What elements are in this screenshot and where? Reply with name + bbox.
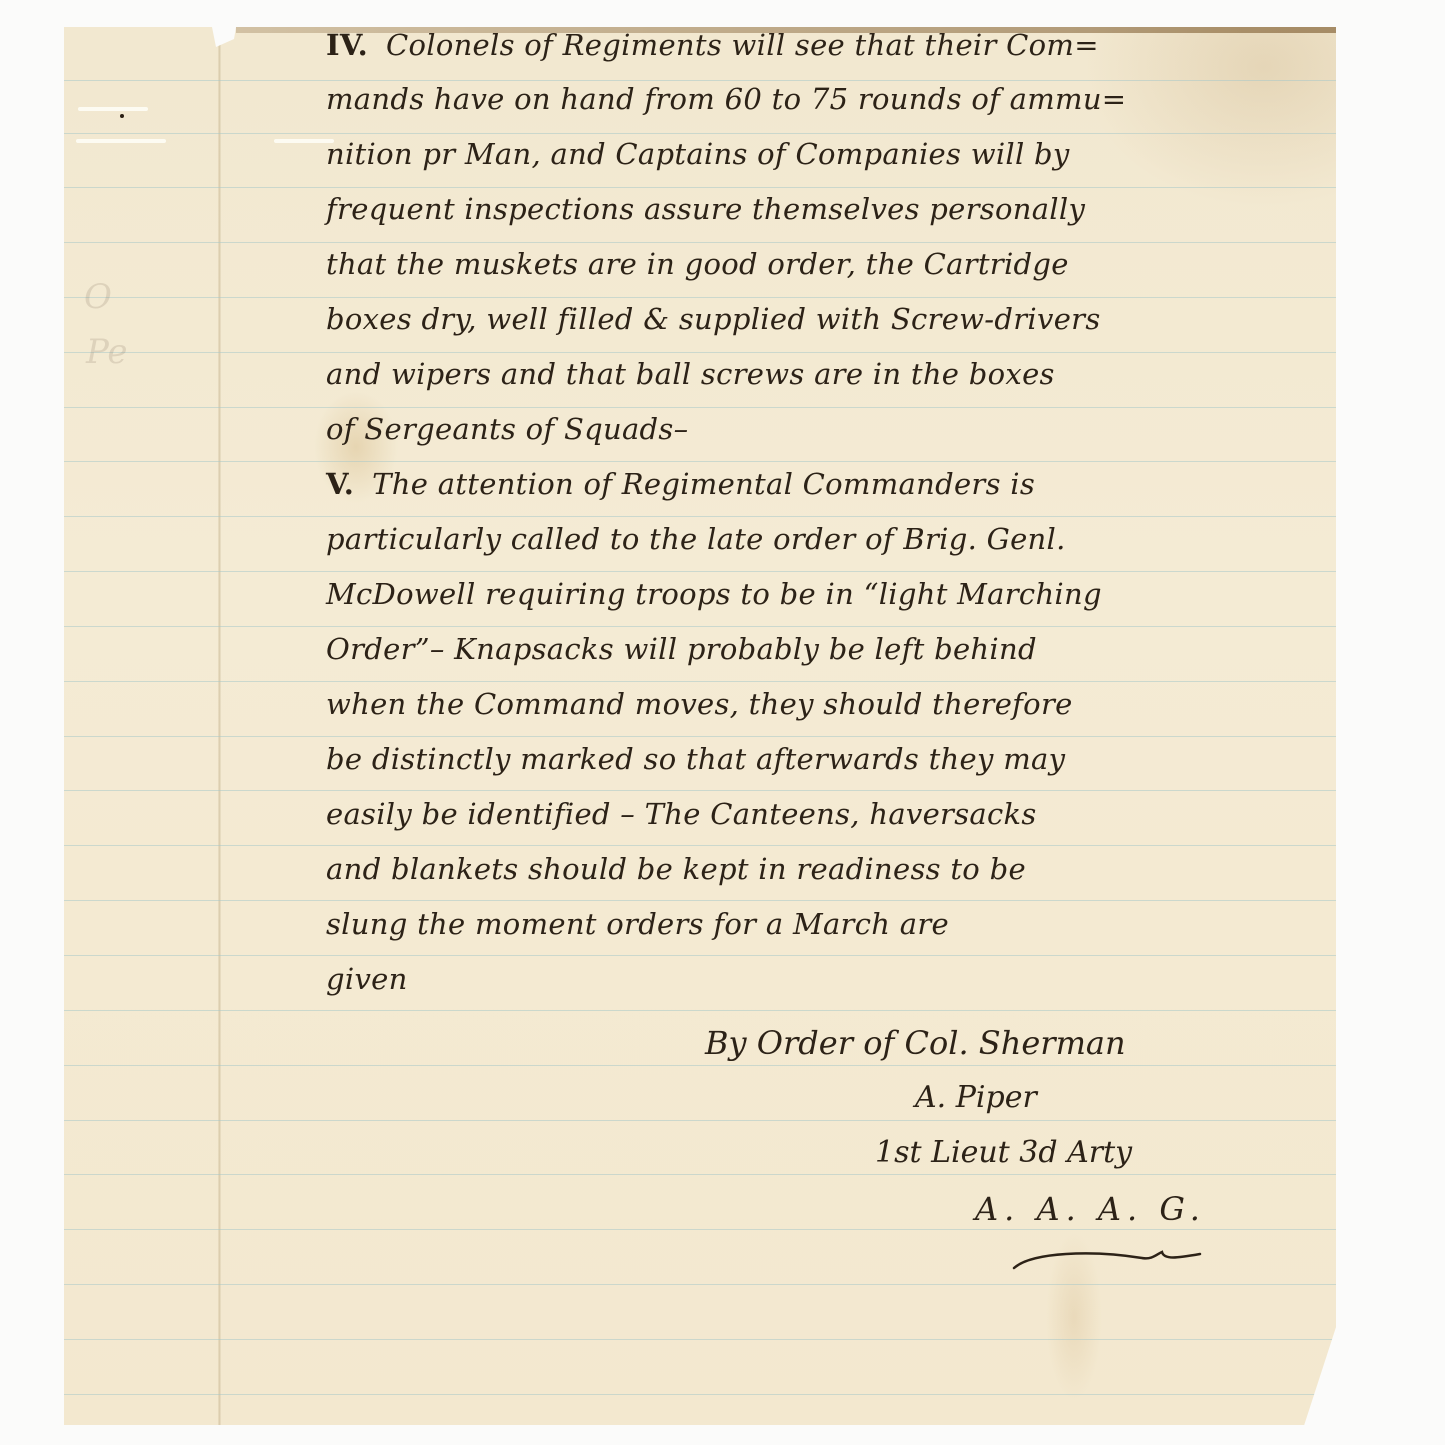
line-text: particularly called to the late order of… bbox=[326, 522, 1066, 556]
line-text: and wipers and that ball screws are in t… bbox=[326, 357, 1055, 391]
document-line: McDowell requiring troops to be in “ligh… bbox=[326, 577, 1326, 611]
line-text: Order”– Knapsacks will probably be left … bbox=[326, 632, 1037, 666]
document-line: that the muskets are in good order, the … bbox=[326, 247, 1326, 281]
document-line: boxes dry, well filled & supplied with S… bbox=[326, 302, 1326, 336]
emboss-mark bbox=[76, 139, 166, 143]
document-line: slung the moment orders for a March are bbox=[326, 907, 1326, 941]
document-line: particularly called to the late order of… bbox=[326, 522, 1326, 556]
line-text: easily be identified – The Canteens, hav… bbox=[326, 797, 1037, 831]
line-text: be distinctly marked so that afterwards … bbox=[326, 742, 1065, 776]
ruled-line bbox=[64, 407, 1336, 408]
ruled-line bbox=[64, 352, 1336, 353]
ruled-line bbox=[64, 1065, 1336, 1066]
ink-speck bbox=[120, 114, 124, 118]
document-line: nition pr Man, and Captains of Companies… bbox=[326, 137, 1326, 171]
ruled-line bbox=[64, 790, 1336, 791]
line-text: mands have on hand from 60 to 75 rounds … bbox=[326, 82, 1126, 116]
ruled-line bbox=[64, 187, 1336, 188]
ruled-line bbox=[64, 461, 1336, 462]
line-text: The attention of Regimental Commanders i… bbox=[372, 467, 1035, 501]
signature-title: A. A. A. G. bbox=[975, 1190, 1206, 1228]
ruled-line bbox=[64, 1174, 1336, 1175]
line-text: McDowell requiring troops to be in “ligh… bbox=[326, 577, 1102, 611]
line-text: nition pr Man, and Captains of Companies… bbox=[326, 137, 1070, 171]
line-text: of Sergeants of Squads– bbox=[326, 412, 688, 446]
ruled-line bbox=[64, 900, 1336, 901]
ruled-line bbox=[64, 845, 1336, 846]
ruled-line bbox=[64, 736, 1336, 737]
bleed-through-text: O bbox=[84, 277, 112, 317]
ruled-line bbox=[64, 1284, 1336, 1285]
fold-crease bbox=[218, 27, 221, 1425]
document-line: given bbox=[326, 962, 1326, 996]
ruled-line bbox=[64, 571, 1336, 572]
document-line: of Sergeants of Squads– bbox=[326, 412, 1326, 446]
line-text: boxes dry, well filled & supplied with S… bbox=[326, 302, 1101, 336]
document-line: Order”– Knapsacks will probably be left … bbox=[326, 632, 1326, 666]
ruled-line bbox=[64, 80, 1336, 81]
ruled-line bbox=[64, 1229, 1336, 1230]
emboss-mark bbox=[78, 107, 148, 111]
document-line: be distinctly marked so that afterwards … bbox=[326, 742, 1326, 776]
bleed-through-text: Pe bbox=[86, 332, 127, 372]
signature-rank: 1st Lieut 3d Arty bbox=[875, 1135, 1132, 1170]
ruled-line bbox=[64, 1339, 1336, 1340]
signature-by-order: By Order of Col. Sherman bbox=[705, 1024, 1126, 1062]
line-text: given bbox=[326, 962, 408, 996]
document-line: and blankets should be kept in readiness… bbox=[326, 852, 1326, 886]
line-text: when the Command moves, they should ther… bbox=[326, 687, 1073, 721]
ruled-line bbox=[64, 626, 1336, 627]
line-text: that the muskets are in good order, the … bbox=[326, 247, 1069, 281]
ruled-line bbox=[64, 297, 1336, 298]
document-line: mands have on hand from 60 to 75 rounds … bbox=[326, 82, 1326, 116]
ruled-line bbox=[64, 242, 1336, 243]
section-numeral: IV. bbox=[326, 28, 368, 62]
ruled-line bbox=[64, 1120, 1336, 1121]
ruled-line bbox=[64, 516, 1336, 517]
document-line: frequent inspections assure themselves p… bbox=[326, 192, 1326, 226]
ruled-line bbox=[64, 955, 1336, 956]
ruled-line bbox=[64, 681, 1336, 682]
line-text: slung the moment orders for a March are bbox=[326, 907, 949, 941]
line-text: and blankets should be kept in readiness… bbox=[326, 852, 1026, 886]
line-text: Colonels of Regiments will see that thei… bbox=[386, 28, 1099, 62]
ruled-line bbox=[64, 1394, 1336, 1395]
document-line: V.The attention of Regimental Commanders… bbox=[326, 467, 1326, 501]
section-numeral: V. bbox=[326, 467, 354, 501]
document-line: and wipers and that ball screws are in t… bbox=[326, 357, 1326, 391]
emboss-mark bbox=[274, 139, 334, 143]
document-line: IV.Colonels of Regiments will see that t… bbox=[326, 28, 1326, 62]
signature-flourish bbox=[1012, 1248, 1202, 1270]
document-line: easily be identified – The Canteens, hav… bbox=[326, 797, 1326, 831]
document-line: when the Command moves, they should ther… bbox=[326, 687, 1326, 721]
signature-name: A. Piper bbox=[915, 1080, 1037, 1115]
ruled-line bbox=[64, 1010, 1336, 1011]
line-text: frequent inspections assure themselves p… bbox=[326, 192, 1085, 226]
ruled-line bbox=[64, 133, 1336, 134]
